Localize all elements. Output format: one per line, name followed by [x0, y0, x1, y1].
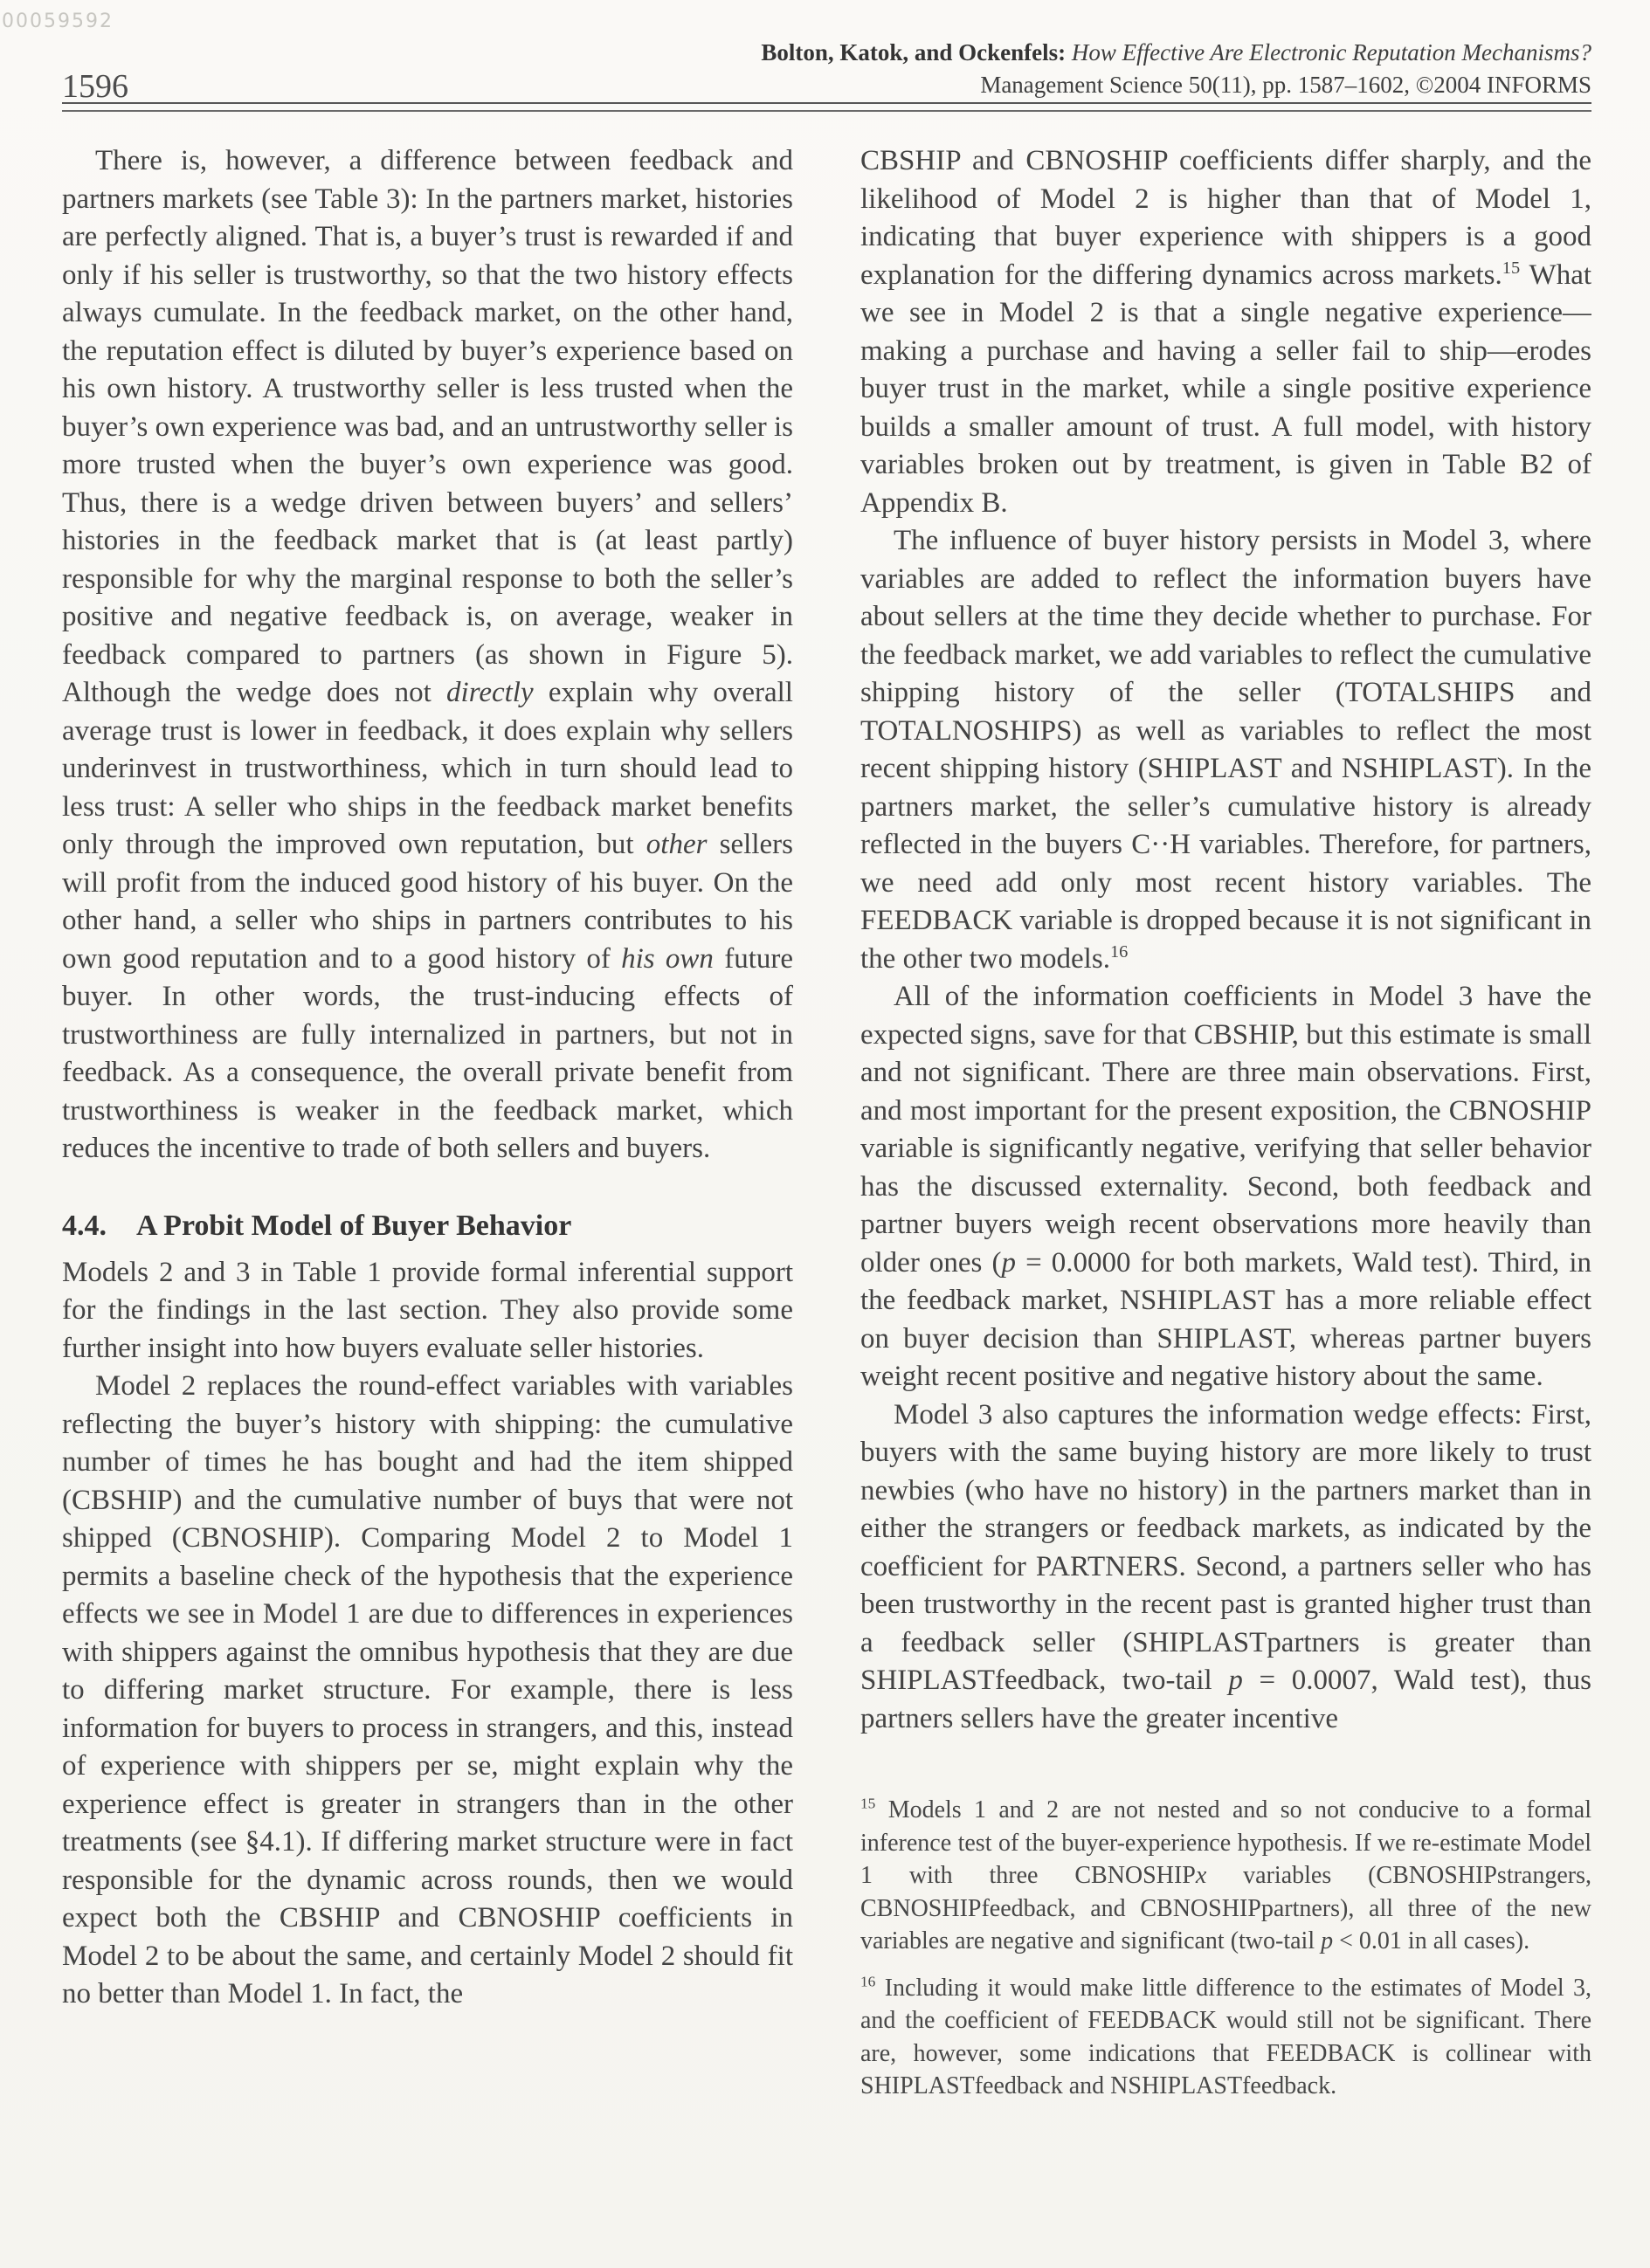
paragraph-information-coefficients: All of the information coefficients in M…: [860, 978, 1591, 1396]
paragraph-information-wedge: Model 3 also captures the information we…: [860, 1396, 1591, 1739]
footnote-15: 15 Models 1 and 2 are not nested and so …: [860, 1794, 1591, 1958]
right-column: CBSHIP and CBNOSHIP coefficients differ …: [860, 142, 1591, 2261]
paragraph-models-2-3-intro: Models 2 and 3 in Table 1 provide formal…: [62, 1254, 793, 1368]
section-heading-4-4: 4.4.A Probit Model of Buyer Behavior: [62, 1207, 793, 1245]
running-head-authors-title: Bolton, Katok, and Ockenfels: How Effect…: [761, 37, 1591, 69]
running-head: Bolton, Katok, and Ockenfels: How Effect…: [761, 37, 1591, 101]
paragraph-cbship-cbnoship: CBSHIP and CBNOSHIP coefficients differ …: [860, 142, 1591, 522]
paragraph-model-2-description: Model 2 replaces the round-effect variab…: [62, 1368, 793, 2014]
article-body: There is, however, a difference between …: [62, 142, 1591, 2261]
paragraph-feedback-vs-partners: There is, however, a difference between …: [62, 142, 793, 1168]
section-number: 4.4.: [62, 1210, 107, 1242]
footnotes: 15 Models 1 and 2 are not nested and so …: [860, 1794, 1591, 2103]
page-number: 1596: [62, 70, 128, 103]
page-header: 1596 Bolton, Katok, and Ockenfels: How E…: [62, 37, 1591, 101]
paragraph-model-3-buyer-history: The influence of buyer history persists …: [860, 522, 1591, 978]
scan-corner-number: 00059592: [2, 10, 114, 32]
running-head-journal-line: Management Science 50(11), pp. 1587–1602…: [761, 69, 1591, 101]
journal-page: 00059592 1596 Bolton, Katok, and Ockenfe…: [0, 0, 1650, 2268]
section-title: A Probit Model of Buyer Behavior: [136, 1210, 571, 1242]
header-double-rule: [62, 102, 1591, 112]
left-column: There is, however, a difference between …: [62, 142, 793, 2261]
footnote-16: 16 Including it would make little differ…: [860, 1972, 1591, 2103]
